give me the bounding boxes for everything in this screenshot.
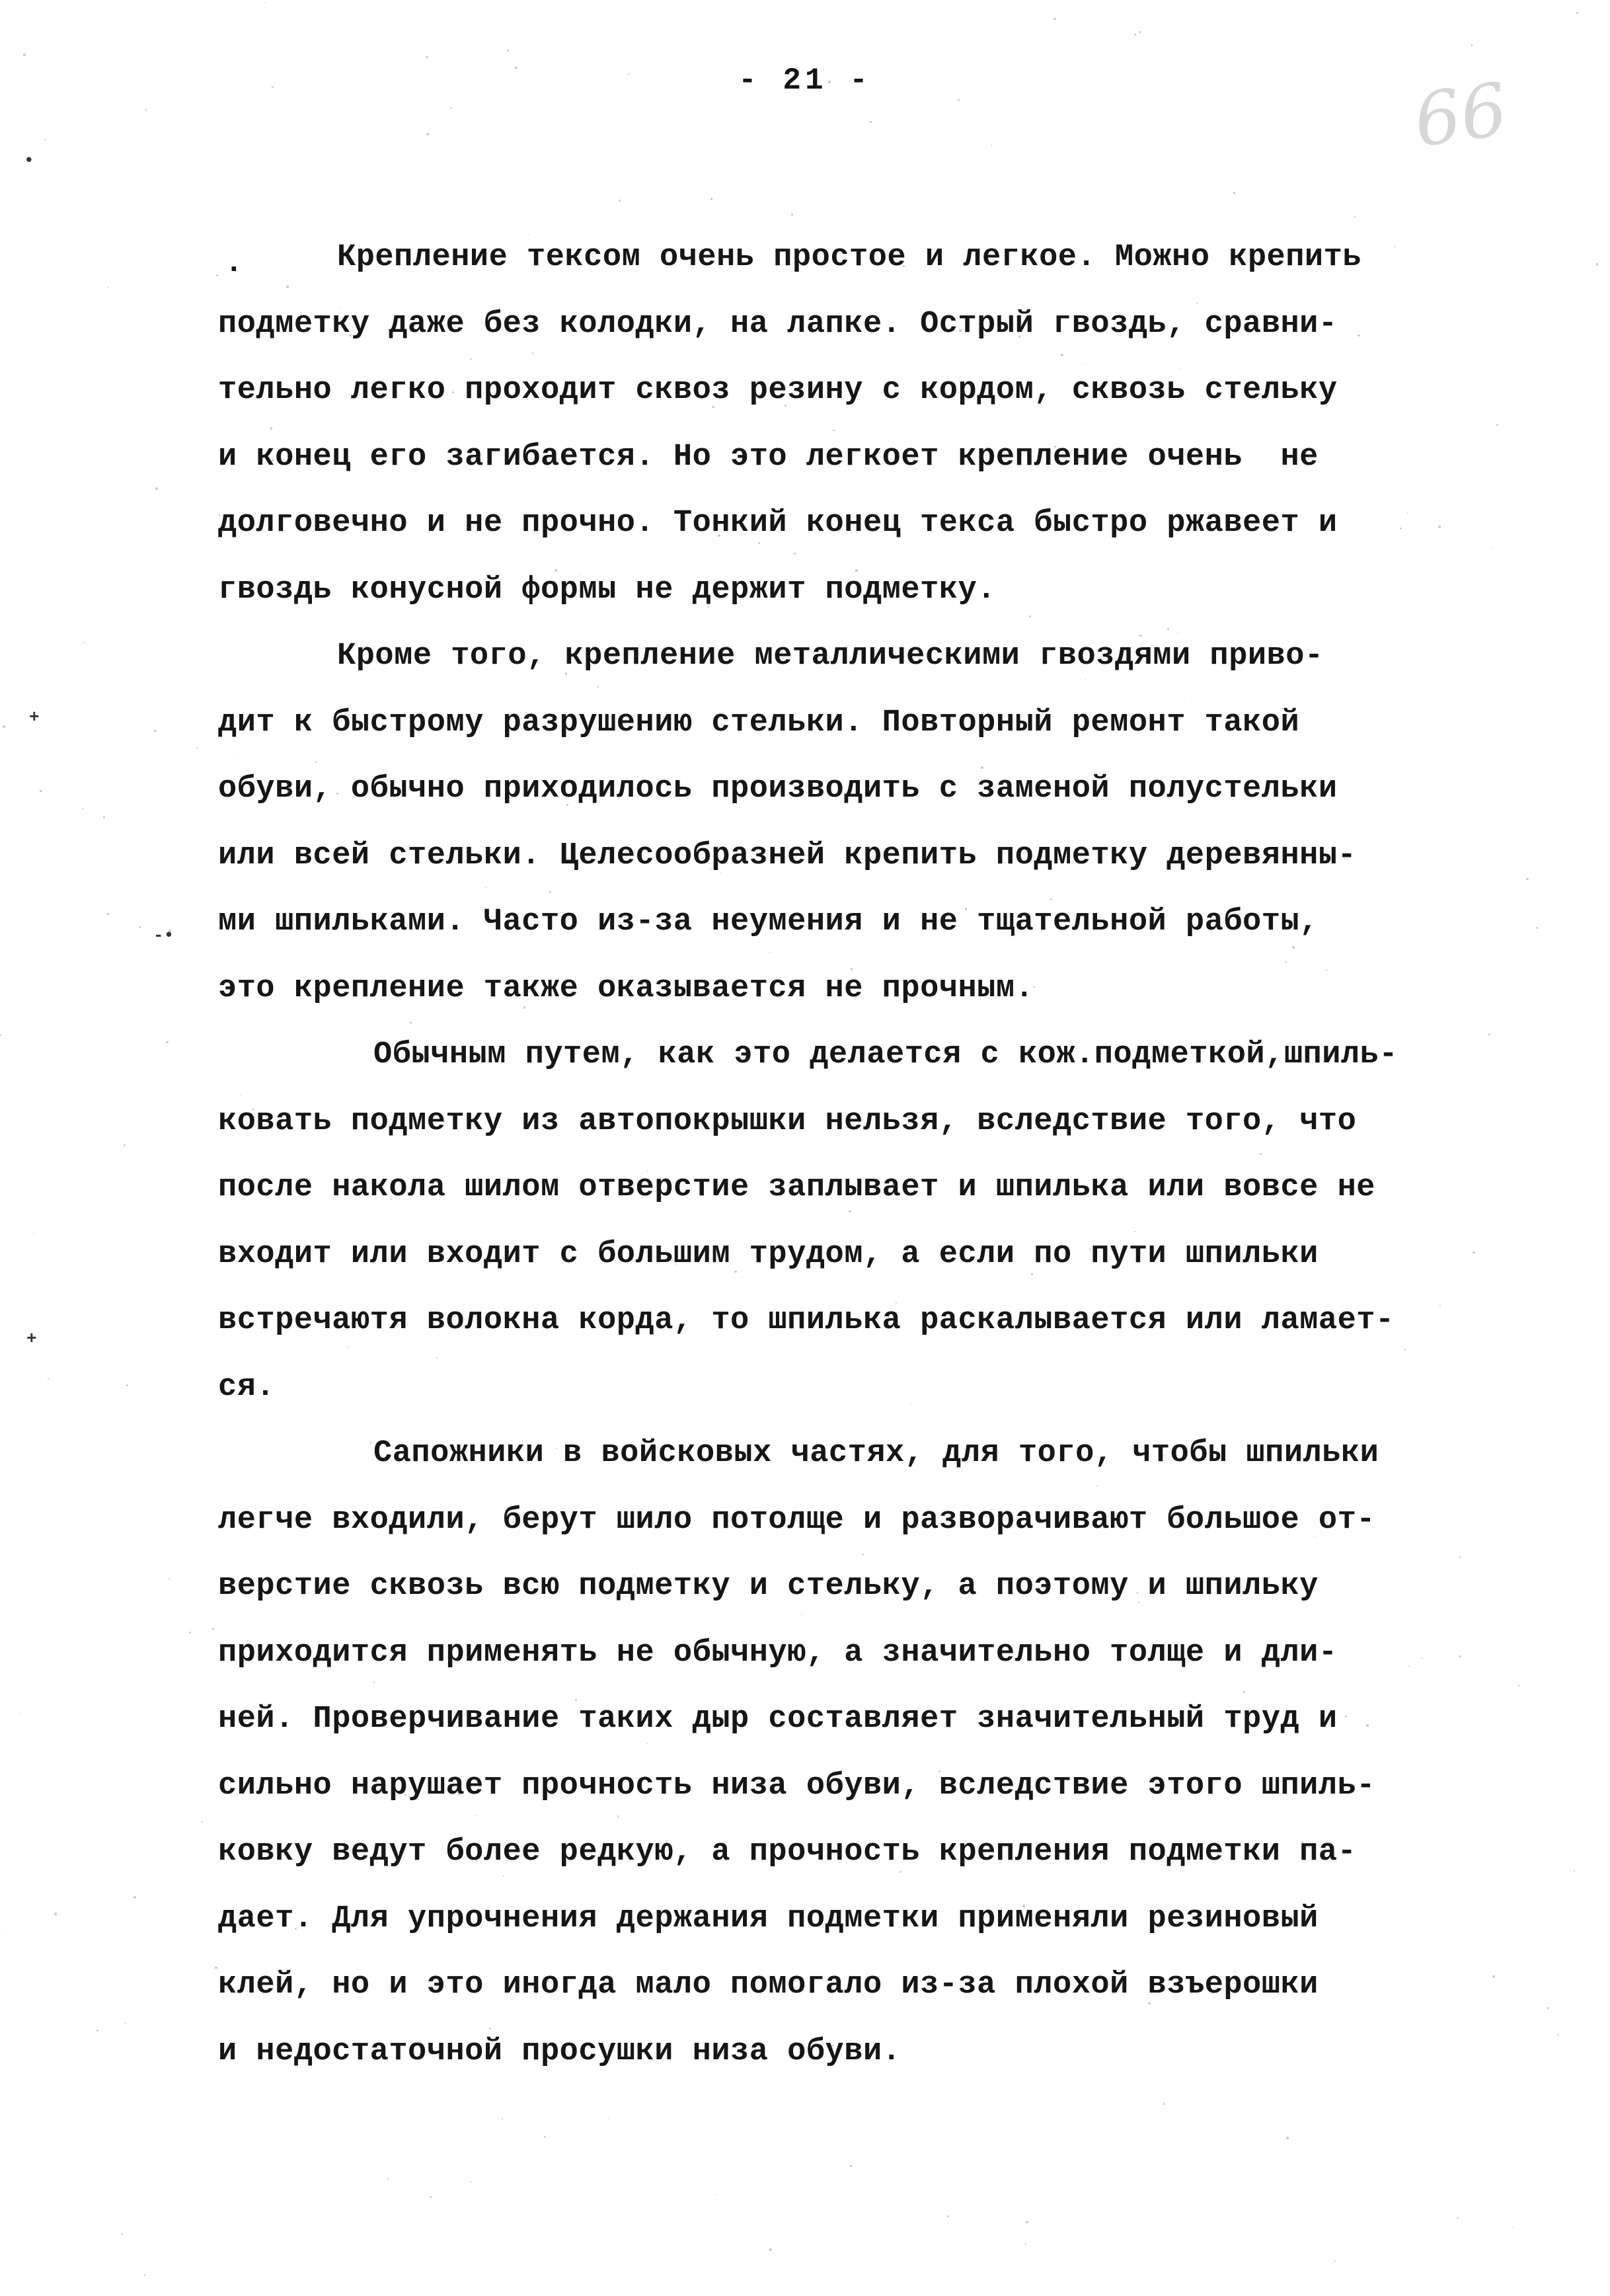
text-line: дит к быстрому разрушению стельки. Повто… [218, 690, 1474, 757]
margin-mark: + [26, 1329, 37, 1349]
text-line: Сапожники в войсковых частях, для того, … [218, 1421, 1474, 1487]
text-line: это крепление также оказывается не прочн… [218, 956, 1474, 1023]
handwritten-folio-number: 66 [1409, 67, 1512, 163]
text-line: ней. Проверчивание таких дыр составляет … [218, 1686, 1474, 1753]
text-line: сильно нарушает прочность низа обуви, вс… [218, 1753, 1474, 1820]
text-line: дает. Для упрочнения держания подметки п… [218, 1886, 1474, 1953]
text-line: клей, но и это иногда мало помогало из-з… [218, 1952, 1474, 2019]
margin-mark: -• [153, 926, 174, 945]
text-line: Крепление тексом очень простое и легкое.… [218, 225, 1474, 292]
document-page: - 21 - 66 • + -• + . Крепление тексом оч… [0, 0, 1610, 2296]
text-line: ковку ведут более редкую, а прочность кр… [218, 1819, 1474, 1886]
text-line: подметку даже без колодки, на лапке. Ост… [218, 292, 1474, 358]
text-line: верстие сквозь всю подметку и стельку, а… [218, 1554, 1474, 1620]
text-line: Обычным путем, как это делается с кож.по… [218, 1022, 1474, 1089]
page-number: - 21 - [0, 63, 1610, 98]
text-line: долговечно и не прочно. Тонкий конец тек… [218, 491, 1474, 557]
text-line: ся. [218, 1355, 1474, 1421]
text-line: встречаютя волокна корда, то шпилька рас… [218, 1288, 1474, 1355]
text-line: после накола шилом отверстие заплывает и… [218, 1155, 1474, 1222]
text-line: ми шпильками. Часто из-за неумения и не … [218, 889, 1474, 956]
text-line: и конец его загибается. Но это легкоет к… [218, 424, 1474, 491]
margin-mark: • [24, 151, 34, 171]
text-line: приходится применять не обычную, а значи… [218, 1620, 1474, 1687]
margin-mark: + [29, 707, 40, 727]
text-line: Кроме того, крепление металлическими гво… [218, 623, 1474, 690]
text-line: или всей стельки. Целесообразней крепить… [218, 823, 1474, 890]
body-text: Крепление тексом очень простое и легкое.… [218, 225, 1474, 2085]
text-line: гвоздь конусной формы не держит подметку… [218, 557, 1474, 624]
text-line: и недостаточной просушки низа обуви. [218, 2019, 1474, 2086]
text-line: входит или входит с большим трудом, а ес… [218, 1222, 1474, 1288]
text-line: тельно легко проходит сквоз резину с кор… [218, 358, 1474, 424]
text-line: обуви, обычно приходилось производить с … [218, 756, 1474, 823]
text-line: легче входили, берут шило потолще и разв… [218, 1487, 1474, 1554]
text-line: ковать подметку из автопокрышки нельзя, … [218, 1089, 1474, 1156]
